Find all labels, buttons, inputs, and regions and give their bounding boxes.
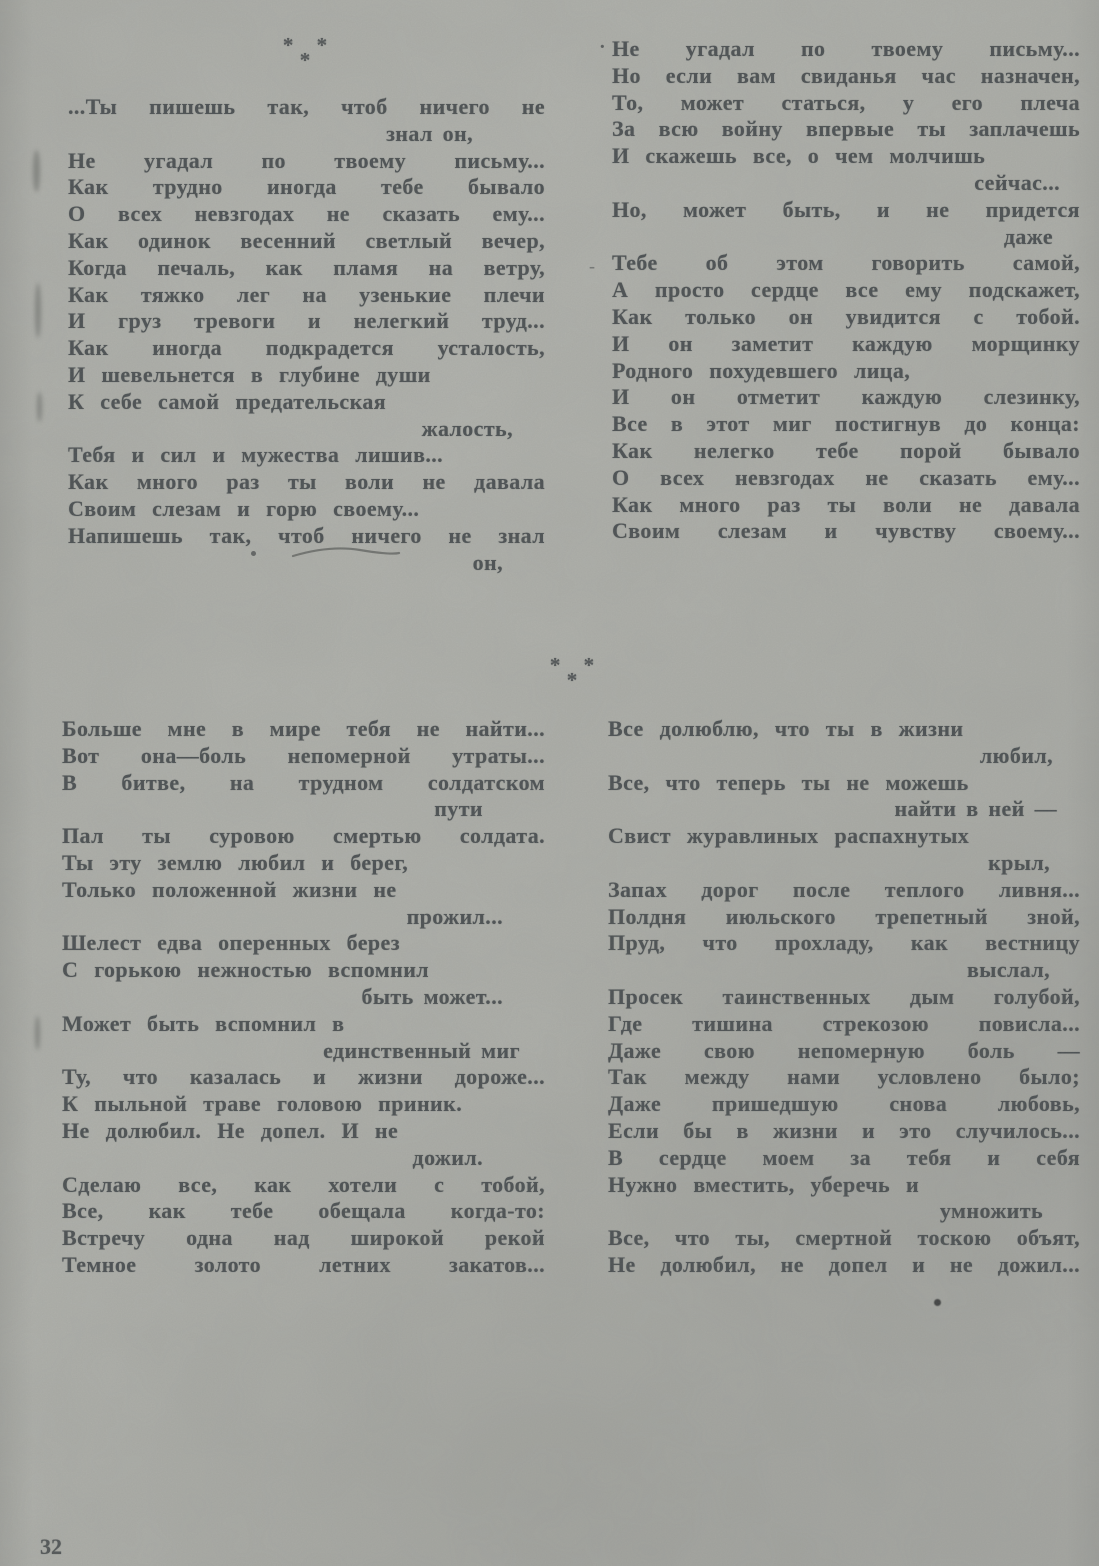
poem-line: Но, может быть, и не придется bbox=[612, 197, 1080, 224]
poem-line: Нужно вместить, уберечь и bbox=[608, 1172, 1080, 1199]
poem-line: И он заметит каждую морщинку bbox=[612, 331, 1080, 358]
poem-line: За всю войну впервые ты заплачешь bbox=[612, 116, 1080, 143]
poem-line: найти в ней — bbox=[608, 796, 1080, 823]
poem-line: Как одинок весенний светлый вечер, bbox=[68, 228, 545, 255]
poem-line: В битве, на трудном солдатском bbox=[62, 770, 545, 797]
poem-line: Когда печаль, как пламя на ветру, bbox=[68, 255, 545, 282]
poem-line: даже bbox=[612, 224, 1080, 251]
scan-edge-smudge bbox=[35, 283, 41, 338]
poem-line: выслал, bbox=[608, 957, 1080, 984]
page-number: 32 bbox=[40, 1534, 62, 1560]
poem-line: Своим слезам и чувству своему... bbox=[612, 518, 1080, 545]
poem-line: знал он, bbox=[68, 121, 545, 148]
poem-line: Больше мне в мире тебя не найти... bbox=[62, 716, 545, 743]
poem-line: Все, как тебе обещала когда-то: bbox=[62, 1198, 545, 1225]
print-dash-artifact: - bbox=[589, 256, 595, 277]
poem-line: Тебя и сил и мужества лишив... bbox=[68, 442, 545, 469]
poem-line: Запах дорог после теплого ливня... bbox=[608, 877, 1080, 904]
poem-line: И груз тревоги и нелегкий труд... bbox=[68, 308, 545, 335]
poem-line: А просто сердце все ему подскажет, bbox=[612, 277, 1080, 304]
poem-column-first-right: Не угадал по твоему письму...Но если вам… bbox=[612, 36, 1080, 545]
poem-line: Так между нами условлено было; bbox=[608, 1064, 1080, 1091]
poem-line: Встречу одна над широкой рекой bbox=[62, 1225, 545, 1252]
poem-line: Все, что ты, смертной тоскою объят, bbox=[608, 1225, 1080, 1252]
poem-line: Как трудно иногда тебе бывало bbox=[68, 174, 545, 201]
stanza-separator-top: * * * bbox=[245, 38, 365, 69]
poem-line: жалость, bbox=[68, 416, 545, 443]
poem-line: Не угадал по твоему письму... bbox=[612, 36, 1080, 63]
poem-line: Все в этот миг постигнув до конца: bbox=[612, 411, 1080, 438]
poem-line: Где тишина стрекозою повисла... bbox=[608, 1011, 1080, 1038]
scan-edge-smudge bbox=[37, 392, 42, 422]
poem-line: Не угадал по твоему письму... bbox=[68, 148, 545, 175]
poem-line: единственный миг bbox=[62, 1038, 545, 1065]
poem-column-second-left: Больше мне в мире тебя не найти...Вот он… bbox=[62, 716, 545, 1279]
poem-line: И шевельнется в глубине души bbox=[68, 362, 545, 389]
poem-line: Напишешь так, чтоб ничего не знал bbox=[68, 523, 545, 550]
poem-line: ...Ты пишешь так, чтоб ничего не bbox=[68, 94, 545, 121]
poem-line: прожил... bbox=[62, 904, 545, 931]
poem-line: Но если вам свиданья час назначен, bbox=[612, 63, 1080, 90]
poem-line: К пыльной траве головою приник. bbox=[62, 1091, 545, 1118]
poem-line: О всех невзгодах не сказать ему... bbox=[68, 201, 545, 228]
poem-line: С горькою нежностью вспомнил bbox=[62, 957, 545, 984]
poem-line: То, может статься, у его плеча bbox=[612, 90, 1080, 117]
poem-line: Как иногда подкрадется усталость, bbox=[68, 335, 545, 362]
poem-line: Как нелегко тебе порой бывало bbox=[612, 438, 1080, 465]
poem-line: Как только он увидится с тобой. bbox=[612, 304, 1080, 331]
poem-line: И скажешь все, о чем молчишь bbox=[612, 143, 1080, 170]
poem-line: Как много раз ты воли не давала bbox=[612, 492, 1080, 519]
poem-line: любил, bbox=[608, 743, 1080, 770]
poem-line: Не долюбил, не допел и не дожил... bbox=[608, 1252, 1080, 1279]
print-dot-artifact: · bbox=[599, 36, 606, 59]
poem-line: сейчас... bbox=[612, 170, 1080, 197]
poem-line: умножить bbox=[608, 1198, 1080, 1225]
poem-line: В сердце моем за тебя и себя bbox=[608, 1145, 1080, 1172]
poem-line: И он отметит каждую слезинку, bbox=[612, 384, 1080, 411]
poem-line: он, bbox=[68, 550, 545, 577]
poem-line: Свист журавлиных распахнутых bbox=[608, 823, 1080, 850]
asterisk-row: * bbox=[245, 52, 365, 69]
poem-line: Вот она—боль непомерной утраты... bbox=[62, 743, 545, 770]
poem-line: Полдня июльского трепетный зной, bbox=[608, 904, 1080, 931]
poem-line: Если бы в жизни и это случилось... bbox=[608, 1118, 1080, 1145]
poem-line: Ту, что казалась и жизни дороже... bbox=[62, 1064, 545, 1091]
poem-line: Пруд, что прохладу, как вестницу bbox=[608, 930, 1080, 957]
poem-line: Только положенной жизни не bbox=[62, 877, 545, 904]
poem-line: Сделаю все, как хотели с тобой, bbox=[62, 1172, 545, 1199]
poem-line: Все, что теперь ты не можешь bbox=[608, 770, 1080, 797]
poem-line: Не долюбил. Не допел. И не bbox=[62, 1118, 545, 1145]
poem-line: быть может... bbox=[62, 984, 545, 1011]
poem-line: Тебе об этом говорить самой, bbox=[612, 250, 1080, 277]
poem-line: Пал ты суровою смертью солдата. bbox=[62, 823, 545, 850]
poem-line: Как много раз ты воли не давала bbox=[68, 469, 545, 496]
poem-line: Как тяжко лег на узенькие плечи bbox=[68, 282, 545, 309]
poem-line: Родного похудевшего лица, bbox=[612, 358, 1080, 385]
ink-speck bbox=[934, 1299, 941, 1306]
poem-line: Может быть вспомнил в bbox=[62, 1011, 545, 1038]
poem-line: Темное золото летних закатов... bbox=[62, 1252, 545, 1279]
poem-line: О всех невзгодах не сказать ему... bbox=[612, 465, 1080, 492]
scan-edge-smudge bbox=[33, 150, 40, 192]
poem-line: Все долюблю, что ты в жизни bbox=[608, 716, 1080, 743]
poem-line: пути bbox=[62, 796, 545, 823]
poem-line: Своим слезам и горю своему... bbox=[68, 496, 545, 523]
poem-line: Даже свою непомерную боль — bbox=[608, 1038, 1080, 1065]
poem-line: Даже пришедшую снова любовь, bbox=[608, 1091, 1080, 1118]
scan-edge-smudge bbox=[35, 1016, 40, 1050]
poem-line: Ты эту землю любил и берег, bbox=[62, 850, 545, 877]
poem-line: крыл, bbox=[608, 850, 1080, 877]
poem-line: К себе самой предательская bbox=[68, 389, 545, 416]
poem-line: Шелест едва оперенных берез bbox=[62, 930, 545, 957]
poem-column-first-left: ...Ты пишешь так, чтоб ничего незнал он,… bbox=[68, 94, 545, 576]
book-page: * * * ...Ты пишешь так, чтоб ничего незн… bbox=[0, 0, 1099, 1566]
stanza-separator-middle: * * * bbox=[512, 658, 632, 689]
poem-column-second-right: Все долюблю, что ты в жизнилюбил,Все, чт… bbox=[608, 716, 1080, 1279]
poem-line: дожил. bbox=[62, 1145, 545, 1172]
poem-line: Просек таинственных дым голубой, bbox=[608, 984, 1080, 1011]
asterisk-row: * bbox=[512, 672, 632, 689]
